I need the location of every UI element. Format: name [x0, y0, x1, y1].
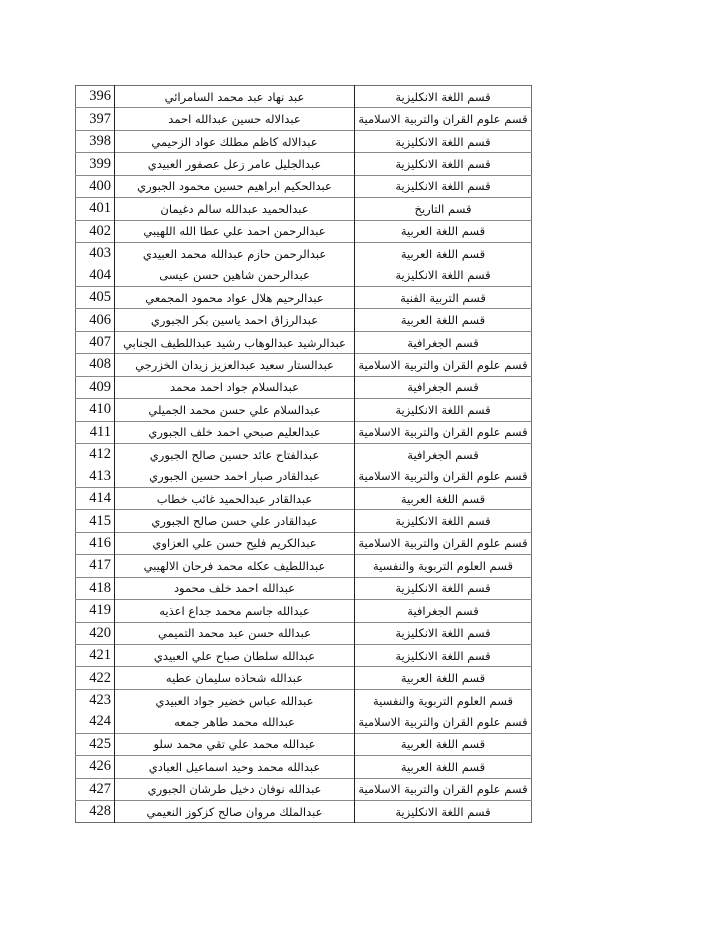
row-number: 415 — [76, 510, 115, 532]
table-row: 405عبدالرحيم هلال عواد محمود المجمعيقسم … — [76, 286, 532, 308]
row-number: 414 — [76, 487, 115, 509]
table-row: 422عبدالله شحاذه سليمان عطيهقسم اللغة ال… — [76, 667, 532, 689]
student-name: عبدالكريم فليح حسن علي العزاوي — [115, 532, 355, 554]
department: قسم الجغرافية — [355, 600, 532, 622]
student-name: عبدالله احمد خلف محمود — [115, 577, 355, 599]
student-name: عبدالحكيم ابراهيم حسين محمود الجبوري — [115, 175, 355, 197]
student-name: عبدالقادر صبار احمد حسين الجبوري — [115, 465, 355, 487]
table-row: 402عبدالرحمن احمد علي عطا الله اللهيبيقس… — [76, 220, 532, 242]
table-row: 427عبدالله نوفان دخيل طرشان الجبوريقسم ع… — [76, 778, 532, 800]
department: قسم اللغة الانكليزية — [355, 644, 532, 666]
row-number: 401 — [76, 198, 115, 220]
department: قسم اللغة الانكليزية — [355, 86, 532, 108]
department: قسم اللغة العربية — [355, 220, 532, 242]
department: قسم علوم القران والتربية الاسلامية — [355, 421, 532, 443]
table-row: 408عبدالستار سعيد عبدالعزيز زيدان الخزرج… — [76, 354, 532, 376]
table-row: 399عبدالجليل عامر زعل عصفور العبيديقسم ا… — [76, 153, 532, 175]
student-roster-table: 396عبد نهاد عبد محمد السامرائيقسم اللغة … — [75, 85, 532, 823]
department: قسم الجغرافية — [355, 376, 532, 398]
row-number: 422 — [76, 667, 115, 689]
table-row: 421عبدالله سلطان صباح علي العبيديقسم الل… — [76, 644, 532, 666]
department: قسم اللغة الانكليزية — [355, 265, 532, 287]
department: قسم اللغة الانكليزية — [355, 577, 532, 599]
row-number: 399 — [76, 153, 115, 175]
department: قسم اللغة العربية — [355, 487, 532, 509]
table-row: 424عبدالله محمد طاهر جمعهقسم علوم القران… — [76, 711, 532, 733]
row-number: 428 — [76, 801, 115, 823]
student-name: عبدالله محمد وحيد اسماعيل العبادي — [115, 756, 355, 778]
department: قسم اللغة الانكليزية — [355, 801, 532, 823]
student-name: عبد نهاد عبد محمد السامرائي — [115, 86, 355, 108]
row-number: 416 — [76, 532, 115, 554]
row-number: 412 — [76, 444, 115, 466]
student-name: عبدالعليم صبحي احمد خلف الجبوري — [115, 421, 355, 443]
student-name: عبدالله شحاذه سليمان عطيه — [115, 667, 355, 689]
table-row: 420عبدالله حسن عبد محمد التميميقسم اللغة… — [76, 622, 532, 644]
student-name: عبداللطيف عكله محمد فرحان الالهيبي — [115, 555, 355, 577]
table-row: 425عبدالله محمد علي تقي محمد سلوقسم اللغ… — [76, 733, 532, 755]
table-row: 407عبدالرشيد عبدالوهاب رشيد عبداللطيف ال… — [76, 331, 532, 353]
table-row: 411عبدالعليم صبحي احمد خلف الجبوريقسم عل… — [76, 421, 532, 443]
department: قسم اللغة العربية — [355, 733, 532, 755]
table-row: 409عبدالسلام جواد احمد محمدقسم الجغرافية — [76, 376, 532, 398]
department: قسم التاريخ — [355, 198, 532, 220]
department: قسم علوم القران والتربية الاسلامية — [355, 532, 532, 554]
row-number: 408 — [76, 354, 115, 376]
student-name: عبدالاله حسين عبدالله احمد — [115, 108, 355, 130]
table-row: 401عبدالحميد عبدالله سالم دغيمانقسم التا… — [76, 198, 532, 220]
department: قسم علوم القران والتربية الاسلامية — [355, 711, 532, 733]
department: قسم اللغة العربية — [355, 667, 532, 689]
student-name: عبدالرحمن شاهين حسن عيسى — [115, 265, 355, 287]
student-name: عبدالرزاق احمد ياسين بكر الجبوري — [115, 309, 355, 331]
row-number: 406 — [76, 309, 115, 331]
student-name: عبدالسلام جواد احمد محمد — [115, 376, 355, 398]
row-number: 420 — [76, 622, 115, 644]
row-number: 403 — [76, 243, 115, 265]
table-row: 416عبدالكريم فليح حسن علي العزاويقسم علو… — [76, 532, 532, 554]
row-number: 426 — [76, 756, 115, 778]
row-number: 407 — [76, 331, 115, 353]
student-name: عبدالملك مروان صالح كزكوز النعيمي — [115, 801, 355, 823]
student-name: عبدالله عباس خضير جواد العبيدي — [115, 689, 355, 711]
department: قسم اللغة العربية — [355, 756, 532, 778]
table-row: 406عبدالرزاق احمد ياسين بكر الجبوريقسم ا… — [76, 309, 532, 331]
row-number: 418 — [76, 577, 115, 599]
row-number: 411 — [76, 421, 115, 443]
table-row: 426عبدالله محمد وحيد اسماعيل العباديقسم … — [76, 756, 532, 778]
department: قسم اللغة الانكليزية — [355, 153, 532, 175]
student-name: عبدالرشيد عبدالوهاب رشيد عبداللطيف الجنا… — [115, 331, 355, 353]
table-row: 428عبدالملك مروان صالح كزكوز النعيميقسم … — [76, 801, 532, 823]
department: قسم اللغة الانكليزية — [355, 510, 532, 532]
row-number: 417 — [76, 555, 115, 577]
student-name: عبدالله حسن عبد محمد التميمي — [115, 622, 355, 644]
student-name: عبدالسلام علي حسن محمد الجميلي — [115, 399, 355, 421]
department: قسم اللغة الانكليزية — [355, 622, 532, 644]
student-name: عبدالرحيم هلال عواد محمود المجمعي — [115, 286, 355, 308]
table-row: 400عبدالحكيم ابراهيم حسين محمود الجبوريق… — [76, 175, 532, 197]
table-row: 398عبدالاله كاظم مطلك عواد الزحيميقسم ال… — [76, 130, 532, 152]
document-page: 396عبد نهاد عبد محمد السامرائيقسم اللغة … — [0, 0, 720, 932]
student-name: عبدالاله كاظم مطلك عواد الزحيمي — [115, 130, 355, 152]
student-name: عبدالله سلطان صباح علي العبيدي — [115, 644, 355, 666]
department: قسم التربية الفنية — [355, 286, 532, 308]
student-name: عبدالحميد عبدالله سالم دغيمان — [115, 198, 355, 220]
table-row: 397عبدالاله حسين عبدالله احمدقسم علوم ال… — [76, 108, 532, 130]
table-row: 415عبدالقادر علي حسن صالح الجبوريقسم الل… — [76, 510, 532, 532]
row-number: 421 — [76, 644, 115, 666]
row-number: 404 — [76, 265, 115, 287]
table-row: 396عبد نهاد عبد محمد السامرائيقسم اللغة … — [76, 86, 532, 108]
student-name: عبدالله جاسم محمد جداع اعذيه — [115, 600, 355, 622]
student-name: عبدالرحمن حازم عبدالله محمد العبيدي — [115, 243, 355, 265]
department: قسم العلوم التربوية والنفسية — [355, 555, 532, 577]
roster-body: 396عبد نهاد عبد محمد السامرائيقسم اللغة … — [76, 86, 532, 823]
student-name: عبدالفتاح عائد حسين صالح الجبوري — [115, 444, 355, 466]
department: قسم الجغرافية — [355, 331, 532, 353]
table-row: 404عبدالرحمن شاهين حسن عيسىقسم اللغة الا… — [76, 265, 532, 287]
student-name: عبدالله نوفان دخيل طرشان الجبوري — [115, 778, 355, 800]
table-row: 418عبدالله احمد خلف محمودقسم اللغة الانك… — [76, 577, 532, 599]
student-name: عبدالله محمد علي تقي محمد سلو — [115, 733, 355, 755]
department: قسم الجغرافية — [355, 444, 532, 466]
table-row: 419عبدالله جاسم محمد جداع اعذيهقسم الجغر… — [76, 600, 532, 622]
student-name: عبدالستار سعيد عبدالعزيز زيدان الخزرجي — [115, 354, 355, 376]
row-number: 400 — [76, 175, 115, 197]
department: قسم علوم القران والتربية الاسلامية — [355, 108, 532, 130]
student-name: عبدالجليل عامر زعل عصفور العبيدي — [115, 153, 355, 175]
department: قسم اللغة الانكليزية — [355, 399, 532, 421]
table-row: 410عبدالسلام علي حسن محمد الجميليقسم الل… — [76, 399, 532, 421]
table-row: 417عبداللطيف عكله محمد فرحان الالهيبيقسم… — [76, 555, 532, 577]
department: قسم العلوم التربوية والنفسية — [355, 689, 532, 711]
row-number: 409 — [76, 376, 115, 398]
department: قسم علوم القران والتربية الاسلامية — [355, 465, 532, 487]
row-number: 423 — [76, 689, 115, 711]
student-name: عبدالقادر علي حسن صالح الجبوري — [115, 510, 355, 532]
row-number: 427 — [76, 778, 115, 800]
row-number: 397 — [76, 108, 115, 130]
student-name: عبدالرحمن احمد علي عطا الله اللهيبي — [115, 220, 355, 242]
department: قسم اللغة الانكليزية — [355, 130, 532, 152]
table-row: 423عبدالله عباس خضير جواد العبيديقسم الع… — [76, 689, 532, 711]
department: قسم اللغة الانكليزية — [355, 175, 532, 197]
row-number: 424 — [76, 711, 115, 733]
department: قسم اللغة العربية — [355, 309, 532, 331]
table-row: 412عبدالفتاح عائد حسين صالح الجبوريقسم ا… — [76, 444, 532, 466]
row-number: 419 — [76, 600, 115, 622]
row-number: 413 — [76, 465, 115, 487]
row-number: 425 — [76, 733, 115, 755]
row-number: 410 — [76, 399, 115, 421]
student-name: عبدالقادر عبدالحميد غائب خطاب — [115, 487, 355, 509]
table-row: 413عبدالقادر صبار احمد حسين الجبوريقسم ع… — [76, 465, 532, 487]
row-number: 398 — [76, 130, 115, 152]
row-number: 402 — [76, 220, 115, 242]
department: قسم علوم القران والتربية الاسلامية — [355, 354, 532, 376]
row-number: 396 — [76, 86, 115, 108]
student-name: عبدالله محمد طاهر جمعه — [115, 711, 355, 733]
table-row: 414عبدالقادر عبدالحميد غائب خطابقسم اللغ… — [76, 487, 532, 509]
row-number: 405 — [76, 286, 115, 308]
department: قسم علوم القران والتربية الاسلامية — [355, 778, 532, 800]
department: قسم اللغة العربية — [355, 243, 532, 265]
table-row: 403عبدالرحمن حازم عبدالله محمد العبيديقس… — [76, 243, 532, 265]
